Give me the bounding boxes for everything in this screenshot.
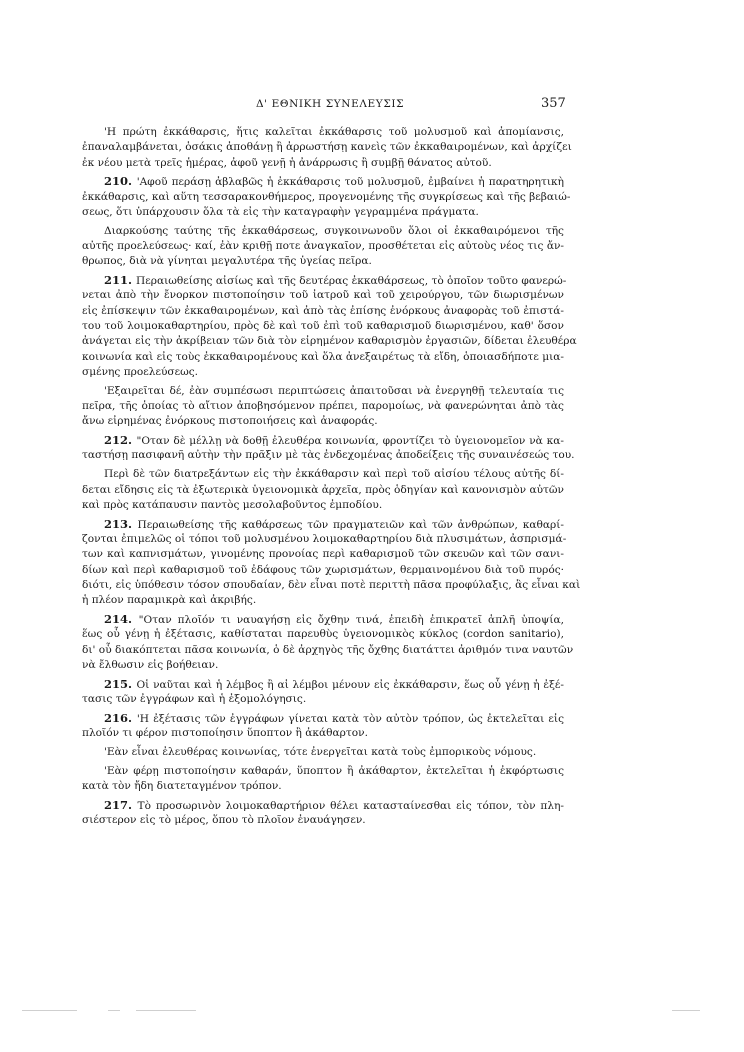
paragraph: 'Η πρώτη ἐκκάθαρσις, ἥτις καλεῖται ἐκκάθ… [82, 125, 564, 171]
line-text: "Οταν δὲ μέλλῃ νὰ δοθῇ ἐλευθέρα κοινωνία… [137, 435, 565, 447]
line-text: ἄνω εἰρημένας ἐνόρκους πιστοποιήσεις καὶ… [82, 415, 378, 427]
line-text: σεως, ὅτι ὑπάρχουσιν ὅλα τὰ εἰς τὴν κατα… [82, 206, 479, 218]
text-line: νὰ ἔλθωσιν εἰς βοήθειαν. [82, 658, 564, 673]
line-text: δι' οὗ διακόπτεται πᾶσα κοινωνία, ὁ δὲ ἀ… [82, 644, 573, 656]
line-text: ἐπαναλαμβάνεται, ὁσάκις ἀποθάνῃ ἢ ἀρρωστ… [82, 141, 572, 153]
line-text: διότι, εἰς ὑπόθεσιν τόσον σπουδαίαν, δὲν… [82, 579, 580, 591]
text-line: ἕως οὗ γένῃ ἡ ἐξέτασις, καθίσταται παρευ… [82, 627, 564, 642]
text-line: ἄνω εἰρημένας ἐνόρκους πιστοποιήσεις καὶ… [82, 414, 564, 429]
text-line: αὐτῆς προελεύσεως· καί, ἐὰν κριθῇ ποτε ἀ… [82, 239, 564, 254]
text-line: σεως, ὅτι ὑπάρχουσιν ὅλα τὰ εἰς τὴν κατα… [82, 205, 564, 220]
text-line: δι' οὗ διακόπτεται πᾶσα κοινωνία, ὁ δὲ ἀ… [82, 643, 564, 658]
article-number: 210. [104, 174, 137, 188]
text-line: πλοῖόν τι φέρον πιστοποίησιν ὕποπτον ἢ ἀ… [82, 726, 564, 741]
text-line: τασις τῶν ἐγγράφων καὶ ἡ ἐξομολόγησις. [82, 692, 564, 707]
text-line: σμένης προελεύσεως. [82, 365, 564, 380]
text-line: θρωπος, διὰ νὰ γίνηται μεγαλυτέρα τῆς ὑγ… [82, 254, 564, 269]
paragraph: Περὶ δὲ τῶν διατρεξάντων εἰς τὴν ἐκκάθαρ… [82, 467, 564, 513]
line-text: ἡ πλέον παραμικρὰ καὶ ἀκριβής. [82, 594, 256, 606]
line-text: ἐκ νέου μετὰ τρεῖς ἡμέρας, ἀφοῦ γενῇ ἡ ἀ… [82, 157, 492, 169]
line-text: τασις τῶν ἐγγράφων καὶ ἡ ἐξομολόγησις. [82, 693, 306, 705]
paragraph: 214. "Οταν πλοῖόν τι ναυαγήσῃ εἰς ὄχθην … [82, 612, 564, 673]
text-line: 215. Οἱ ναῦται καὶ ἡ λέμβος ἢ αἱ λέμβοι … [82, 677, 564, 692]
page-number: 357 [541, 96, 566, 111]
body-text: 'Η πρώτη ἐκκάθαρσις, ἥτις καλεῖται ἐκκάθ… [82, 125, 564, 832]
text-line: ἐκ νέου μετὰ τρεῖς ἡμέρας, ἀφοῦ γενῇ ἡ ἀ… [82, 156, 564, 171]
line-text: Περαιωθείσης τῆς καθάρσεως τῶν πραγματει… [137, 519, 564, 531]
text-line: εἰς ἐπίσκεψιν τῶν ἐκκαθαιρομένων, καὶ ἀπ… [82, 304, 564, 319]
text-line: καὶ πρὸς κατάπαυσιν παντὸς μεσολαβοῦντος… [82, 498, 564, 513]
line-text: δεται εἴδησις εἰς τὰ ἐξωτερικὰ ὑγειονομι… [82, 484, 564, 496]
line-text: αὐτῆς προελεύσεως· καί, ἐὰν κριθῇ ποτε ἀ… [82, 240, 564, 252]
article-number: 211. [104, 273, 136, 287]
text-line: των καὶ καπνισμάτων, γινομένης προνοίας … [82, 547, 564, 562]
footer-rule [136, 1010, 196, 1011]
line-text: Περὶ δὲ τῶν διατρεξάντων εἰς τὴν ἐκκάθαρ… [104, 468, 564, 480]
text-line: πεῖρα, τῆς ὁποίας τὸ αἴτιον ἀποβησόμενον… [82, 399, 564, 414]
article-number: 215. [104, 677, 136, 691]
line-text: του τοῦ λοιμοκαθαρτηρίου, πρὸς δὲ καὶ το… [82, 320, 564, 332]
line-text: 'Η ἐξέτασις τῶν ἐγγράφων γίνεται κατὰ τὸ… [137, 713, 564, 725]
text-line: 214. "Οταν πλοῖόν τι ναυαγήσῃ εἰς ὄχθην … [82, 612, 564, 627]
paragraph: 212. "Οταν δὲ μέλλῃ νὰ δοθῇ ἐλευθέρα κοι… [82, 433, 564, 464]
line-text: πλοῖόν τι φέρον πιστοποίησιν ὕποπτον ἢ ἀ… [82, 727, 368, 739]
paragraph: 211. Περαιωθείσης αἰσίως καὶ τῆς δευτέρα… [82, 273, 564, 380]
text-line: ζονται ἐπιμελῶς οἱ τόποι τοῦ μολυσμένου … [82, 532, 564, 547]
line-text: 'Εὰν φέρῃ πιστοποίησιν καθαράν, ὕποπτον … [104, 765, 564, 777]
paragraph: 217. Τὸ προσωρινὸν λοιμοκαθαρτήριον θέλε… [82, 798, 564, 829]
page-header: Δ' ΕΘΝΙΚΗ ΣΥΝΕΛΕΥΣΙΣ 357 [0, 98, 744, 118]
text-line: κατὰ τὸν ἤδη διατεταγμένον τρόπον. [82, 779, 564, 794]
text-line: ἐκκάθαρσις, καὶ αὕτη τεσσαρακονθήμερος, … [82, 190, 564, 205]
line-text: 'Εὰν εἶναι ἐλευθέρας κοινωνίας, τότε ἐνε… [104, 746, 536, 758]
line-text: των καὶ καπνισμάτων, γινομένης προνοίας … [82, 548, 564, 560]
line-text: 'Αφοῦ περάσῃ ἀβλαβῶς ἡ ἐκκάθαρσις τοῦ μο… [137, 176, 564, 188]
line-text: Οἱ ναῦται καὶ ἡ λέμβος ἢ αἱ λέμβοι μένου… [136, 679, 564, 691]
text-line: ἐπαναλαμβάνεται, ὁσάκις ἀποθάνῃ ἢ ἀρρωστ… [82, 140, 564, 155]
text-line: ταστήσῃ πασιφανῆ αὐτὴν τὴν πρᾶξιν μὲ τὰς… [82, 448, 564, 463]
line-text: πεῖρα, τῆς ὁποίας τὸ αἴτιον ἀποβησόμενον… [82, 400, 564, 412]
text-line: 'Εξαιρεῖται δέ, ἐὰν συμπέσωσι περιπτώσει… [82, 384, 564, 399]
line-text: ἀνάγεται εἰς τὴν ἀκρίβειαν τῶν διὰ τὸν ε… [82, 335, 577, 347]
footer-rule [672, 1010, 700, 1011]
text-line: 'Εὰν φέρῃ πιστοποίησιν καθαράν, ὕποπτον … [82, 764, 564, 779]
line-text: ἕως οὗ γένῃ ἡ ἐξέτασις, καθίσταται παρευ… [82, 628, 564, 640]
footer-rule [22, 1010, 77, 1011]
line-text: θρωπος, διὰ νὰ γίνηται μεγαλυτέρα τῆς ὑγ… [82, 255, 372, 267]
paragraph: 'Εὰν φέρῃ πιστοποίησιν καθαράν, ὕποπτον … [82, 764, 564, 795]
line-text: ἐκκάθαρσις, καὶ αὕτη τεσσαρακονθήμερος, … [82, 191, 570, 203]
text-line: διότι, εἰς ὑπόθεσιν τόσον σπουδαίαν, δὲν… [82, 578, 564, 593]
paragraph: Διαρκούσης ταύτης τῆς ἐκκαθάρσεως, συγκο… [82, 224, 564, 270]
text-line: 'Εὰν εἶναι ἐλευθέρας κοινωνίας, τότε ἐνε… [82, 745, 564, 760]
footer-rule [108, 1010, 120, 1011]
text-line: 213. Περαιωθείσης τῆς καθάρσεως τῶν πραγ… [82, 517, 564, 532]
line-text: ταστήσῃ πασιφανῆ αὐτὴν τὴν πρᾶξιν μὲ τὰς… [82, 449, 575, 461]
text-line: 210. 'Αφοῦ περάσῃ ἀβλαβῶς ἡ ἐκκάθαρσις τ… [82, 174, 564, 189]
text-line: του τοῦ λοιμοκαθαρτηρίου, πρὸς δὲ καὶ το… [82, 319, 564, 334]
text-line: 217. Τὸ προσωρινὸν λοιμοκαθαρτήριον θέλε… [82, 798, 564, 813]
line-text: κοινωνία καὶ εἰς τοὺς ἐκκαθαιρομένους κα… [82, 351, 564, 363]
running-title: Δ' ΕΘΝΙΚΗ ΣΥΝΕΛΕΥΣΙΣ [256, 98, 404, 110]
text-line: Διαρκούσης ταύτης τῆς ἐκκαθάρσεως, συγκο… [82, 224, 564, 239]
paragraph: 216. 'Η ἐξέτασις τῶν ἐγγράφων γίνεται κα… [82, 711, 564, 742]
line-text: καὶ πρὸς κατάπαυσιν παντὸς μεσολαβοῦντος… [82, 499, 382, 511]
line-text: Τὸ προσωρινὸν λοιμοκαθαρτήριον θέλει κατ… [138, 800, 564, 812]
article-number: 216. [104, 711, 137, 725]
text-line: δίων καὶ περὶ καθαρισμοῦ τοῦ ἐδάφους τῶν… [82, 563, 564, 578]
paragraph: 'Εὰν εἶναι ἐλευθέρας κοινωνίας, τότε ἐνε… [82, 745, 564, 760]
text-line: νεται ἀπὸ τὴν ἔνορκον πιστοποίησιν τοῦ ἰ… [82, 288, 564, 303]
line-text: κατὰ τὸν ἤδη διατεταγμένον τρόπον. [82, 780, 282, 792]
paragraph: 215. Οἱ ναῦται καὶ ἡ λέμβος ἢ αἱ λέμβοι … [82, 677, 564, 708]
paragraph: 'Εξαιρεῖται δέ, ἐὰν συμπέσωσι περιπτώσει… [82, 384, 564, 430]
text-line: σιέστερον εἰς τὸ μέρος, ὅπου τὸ πλοῖον ἐ… [82, 813, 564, 828]
paragraph: 213. Περαιωθείσης τῆς καθάρσεως τῶν πραγ… [82, 517, 564, 609]
article-number: 213. [104, 517, 137, 531]
text-line: 'Η πρώτη ἐκκάθαρσις, ἥτις καλεῖται ἐκκάθ… [82, 125, 564, 140]
text-line: 211. Περαιωθείσης αἰσίως καὶ τῆς δευτέρα… [82, 273, 564, 288]
article-number: 212. [104, 433, 137, 447]
line-text: Περαιωθείσης αἰσίως καὶ τῆς δευτέρας ἐκκ… [136, 275, 566, 287]
line-text: δίων καὶ περὶ καθαρισμοῦ τοῦ ἐδάφους τῶν… [82, 564, 564, 576]
paragraph: 210. 'Αφοῦ περάσῃ ἀβλαβῶς ἡ ἐκκάθαρσις τ… [82, 174, 564, 220]
line-text: "Οταν πλοῖόν τι ναυαγήσῃ εἰς ὄχθην τινά,… [139, 614, 564, 626]
line-text: ζονται ἐπιμελῶς οἱ τόποι τοῦ μολυσμένου … [82, 533, 566, 545]
line-text: σιέστερον εἰς τὸ μέρος, ὅπου τὸ πλοῖον ἐ… [82, 814, 366, 826]
line-text: Διαρκούσης ταύτης τῆς ἐκκαθάρσεως, συγκο… [104, 225, 564, 237]
text-line: 216. 'Η ἐξέτασις τῶν ἐγγράφων γίνεται κα… [82, 711, 564, 726]
text-line: ἀνάγεται εἰς τὴν ἀκρίβειαν τῶν διὰ τὸν ε… [82, 334, 564, 349]
line-text: νὰ ἔλθωσιν εἰς βοήθειαν. [82, 659, 218, 671]
line-text: εἰς ἐπίσκεψιν τῶν ἐκκαθαιρομένων, καὶ ἀπ… [82, 305, 564, 317]
text-line: κοινωνία καὶ εἰς τοὺς ἐκκαθαιρομένους κα… [82, 350, 564, 365]
text-line: 212. "Οταν δὲ μέλλῃ νὰ δοθῇ ἐλευθέρα κοι… [82, 433, 564, 448]
line-text: σμένης προελεύσεως. [82, 366, 198, 378]
line-text: 'Η πρώτη ἐκκάθαρσις, ἥτις καλεῖται ἐκκάθ… [104, 126, 564, 138]
line-text: 'Εξαιρεῖται δέ, ἐὰν συμπέσωσι περιπτώσει… [104, 385, 564, 397]
text-line: Περὶ δὲ τῶν διατρεξάντων εἰς τὴν ἐκκάθαρ… [82, 467, 564, 482]
article-number: 217. [104, 798, 138, 812]
text-line: δεται εἴδησις εἰς τὰ ἐξωτερικὰ ὑγειονομι… [82, 483, 564, 498]
article-number: 214. [104, 612, 139, 626]
line-text: νεται ἀπὸ τὴν ἔνορκον πιστοποίησιν τοῦ ἰ… [82, 289, 564, 301]
text-line: ἡ πλέον παραμικρὰ καὶ ἀκριβής. [82, 593, 564, 608]
